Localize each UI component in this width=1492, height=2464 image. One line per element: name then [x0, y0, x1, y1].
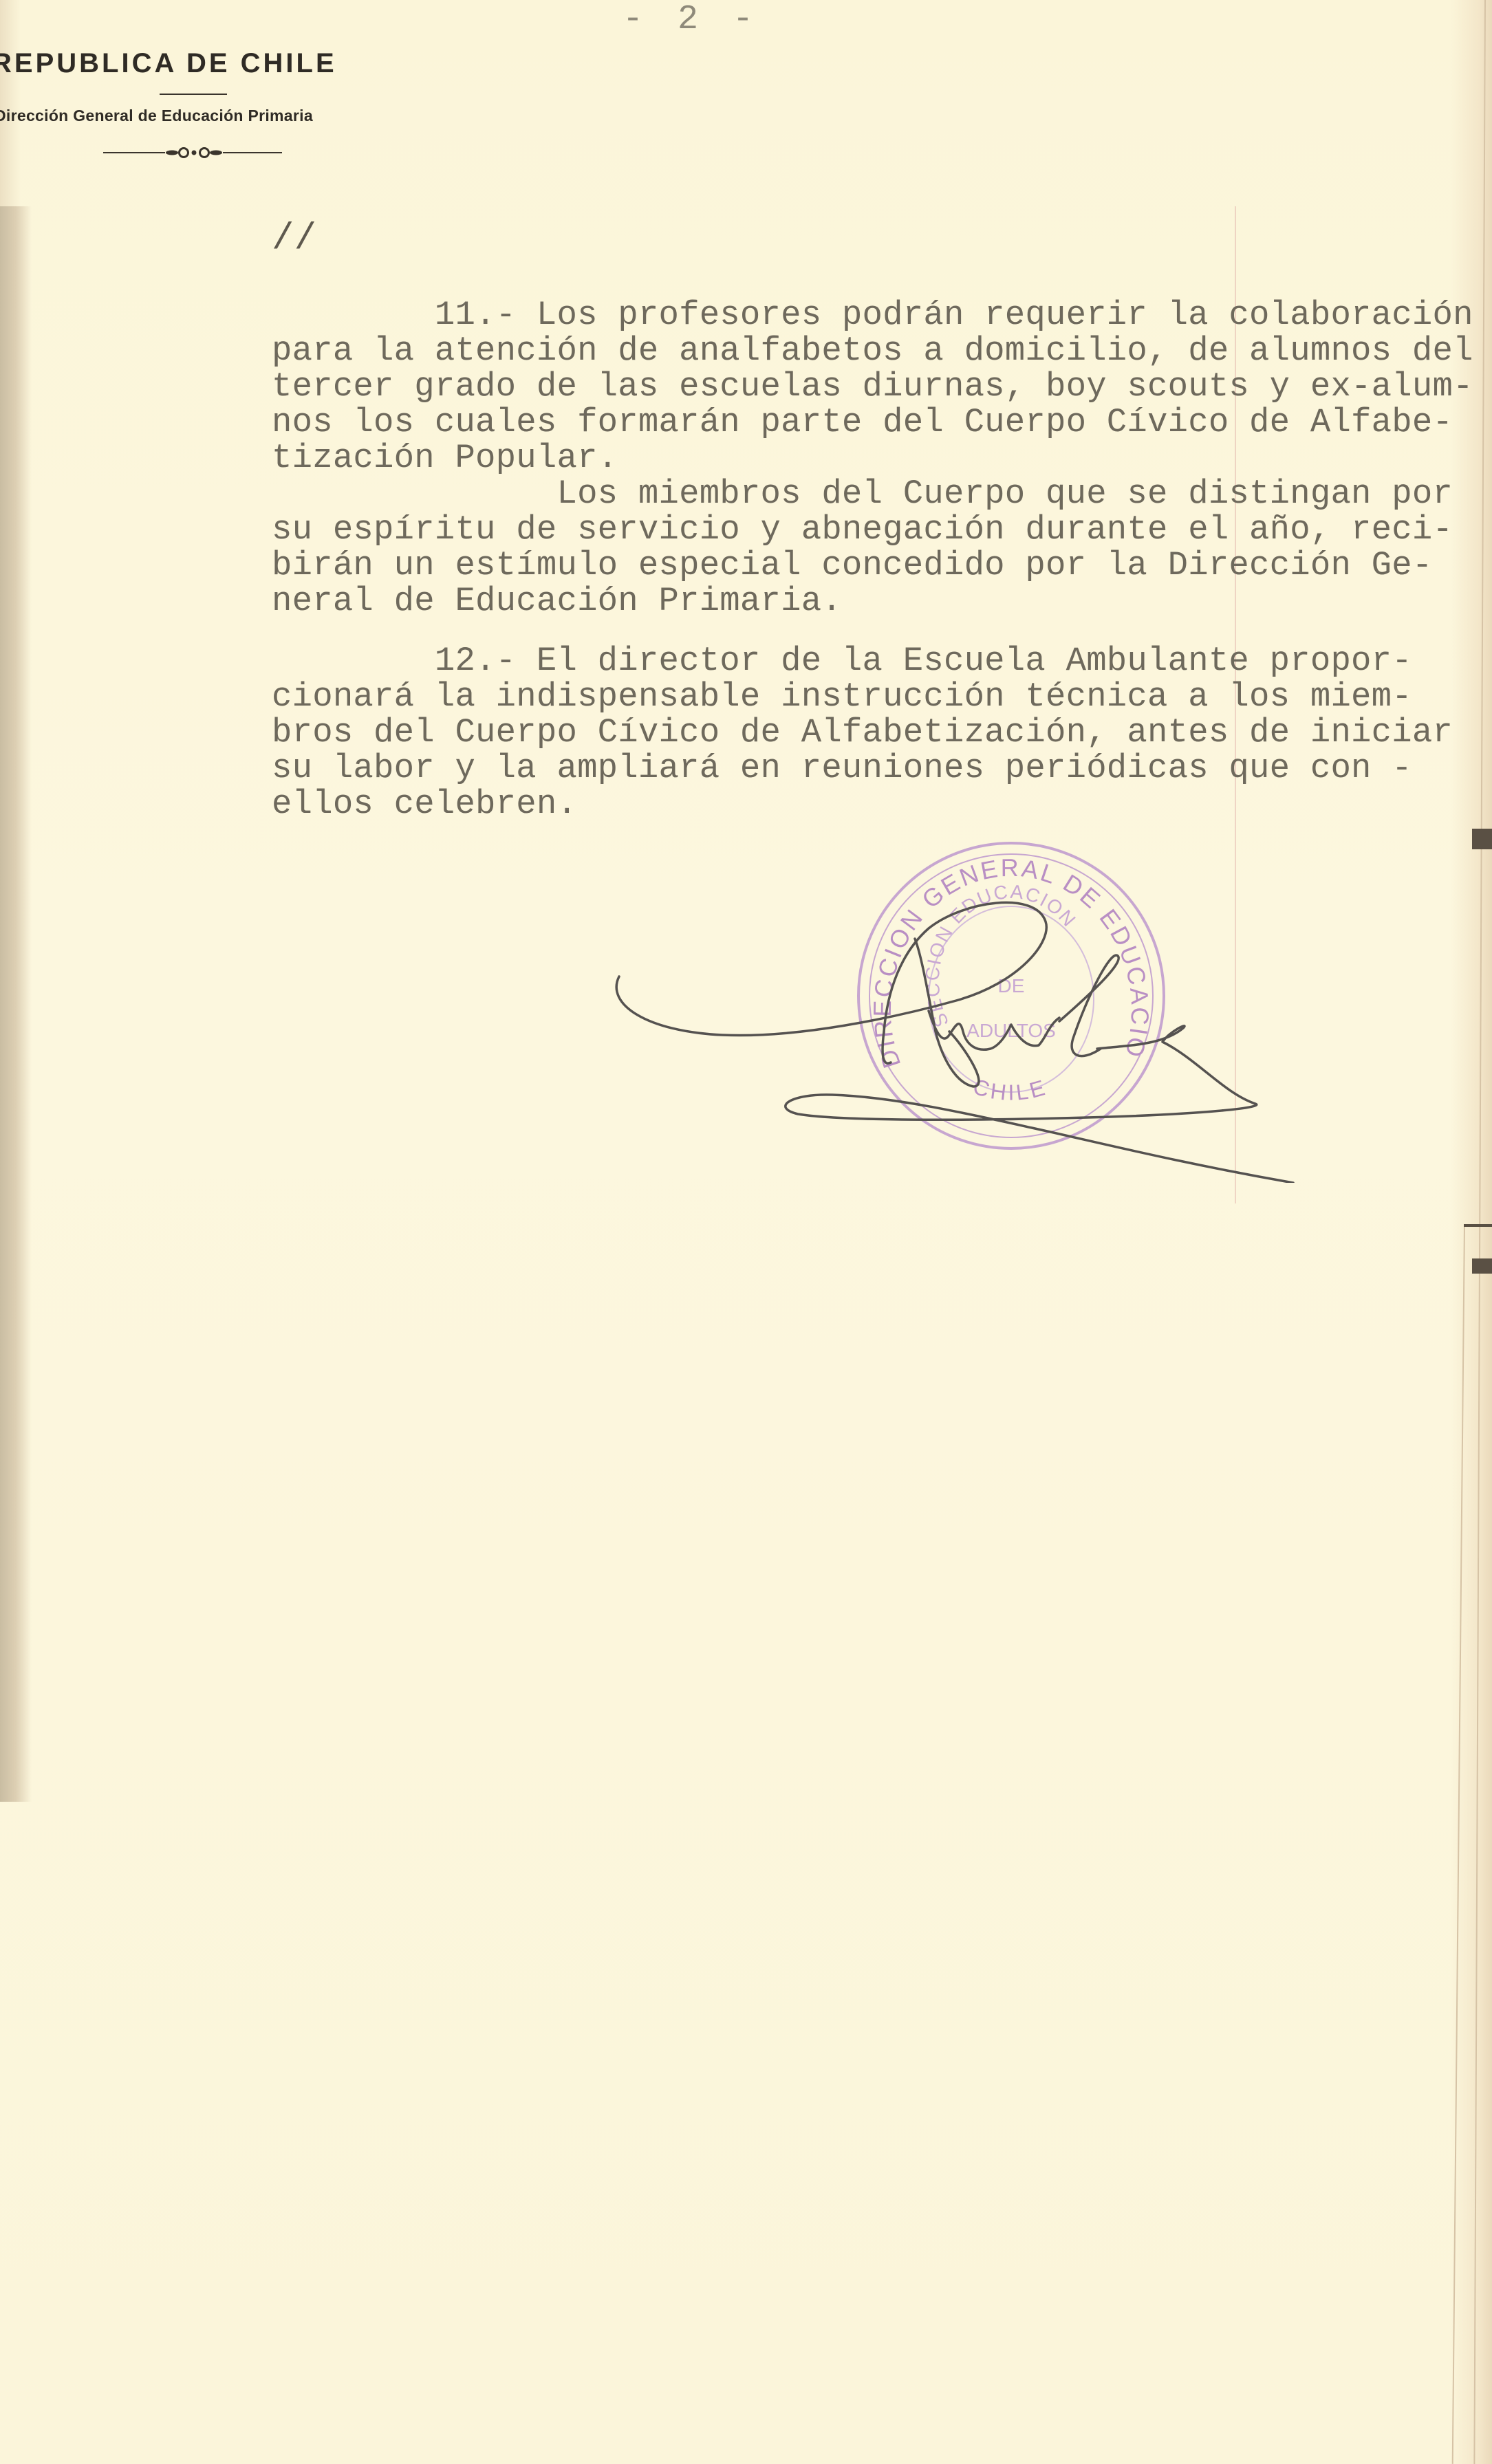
text-line: su espíritu de servicio y abnegación dur… — [272, 512, 1453, 547]
binding-shadow-top — [0, 0, 21, 206]
page-number: - 2 - — [623, 0, 760, 39]
continuation-mark: // — [272, 221, 316, 257]
text-line: para la atención de analfabetos a domici… — [272, 333, 1473, 369]
text-line: nos los cuales formarán parte del Cuerpo… — [272, 404, 1453, 440]
document-page: - 2 - REPUBLICA DE CHILE Dirección Gener… — [0, 0, 1492, 2464]
letterhead-rule — [160, 94, 227, 95]
text-line: Los miembros del Cuerpo que se distingan… — [272, 476, 1453, 512]
signature-icon — [605, 825, 1334, 1183]
letterhead-subtitle: Dirección General de Educación Primaria — [0, 107, 313, 125]
text-line: tercer grado de las escuelas diurnas, bo… — [272, 369, 1473, 404]
text-line: 11.- Los profesores podrán requerir la c… — [272, 297, 1473, 333]
text-line: birán un estímulo especial concedido por… — [272, 547, 1432, 583]
scroll-ornament-icon — [103, 146, 282, 160]
letterhead-title: REPUBLICA DE CHILE — [0, 48, 337, 79]
text-line: bros del Cuerpo Cívico de Alfabetización… — [272, 715, 1453, 750]
text-line: 12.- El director de la Escuela Ambulante… — [272, 643, 1412, 679]
text-line: ellos celebren. — [272, 786, 577, 822]
binding-shadow — [0, 206, 32, 1802]
text-line: tización Popular. — [272, 440, 618, 476]
text-line: cionará la indispensable instrucción téc… — [272, 679, 1412, 715]
text-line: su labor y la ampliará en reuniones peri… — [272, 750, 1412, 786]
edge-ink-mark — [1464, 1224, 1492, 1227]
text-line: neral de Educación Primaria. — [272, 583, 842, 619]
edge-ink-mark — [1472, 829, 1492, 849]
edge-ink-mark — [1472, 1258, 1492, 1274]
